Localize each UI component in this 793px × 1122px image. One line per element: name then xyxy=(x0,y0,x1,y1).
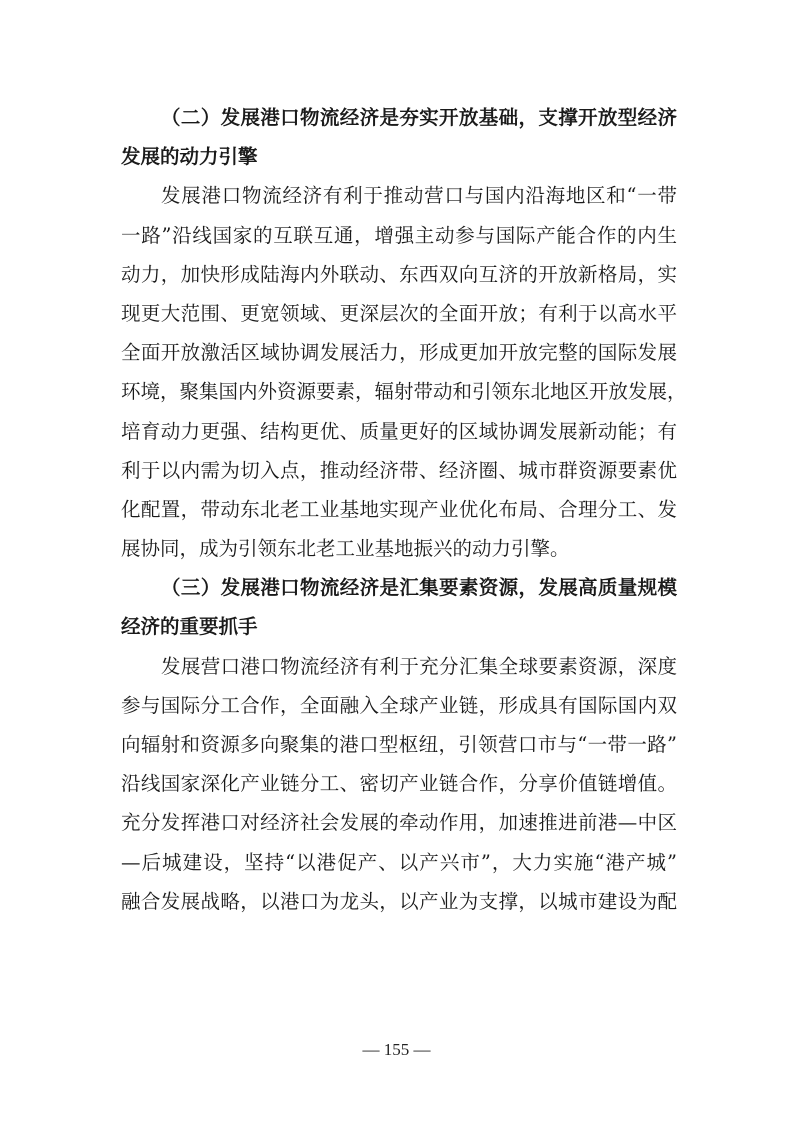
paragraph-line: 发展港口物流经济有利于推动营口与国内沿海地区和“一带 xyxy=(121,176,677,215)
section-heading-3-line-2: 经济的重要抓手 xyxy=(121,607,677,646)
paragraph-line: 动力，加快形成陆海内外联动、东西双向互济的开放新格局，实 xyxy=(121,255,677,294)
section-heading-2-line-1: （二）发展港口物流经济是夯实开放基础，支撑开放型经济 xyxy=(121,98,677,137)
paragraph-line: —后城建设，坚持“以港促产、以产兴市”，大力实施“港产城” xyxy=(121,843,677,882)
paragraph-line: 参与国际分工合作，全面融入全球产业链，形成具有国际国内双 xyxy=(121,686,677,725)
paragraph-line: 发展营口港口物流经济有利于充分汇集全球要素资源，深度 xyxy=(121,647,677,686)
paragraph-line: 利于以内需为切入点，推动经济带、经济圈、城市群资源要素优 xyxy=(121,451,677,490)
paragraph-line: 沿线国家深化产业链分工、密切产业链合作，分享价值链增值。 xyxy=(121,764,677,803)
paragraph-line: 融合发展战略，以港口为龙头，以产业为支撑，以城市建设为配 xyxy=(121,882,677,921)
paragraph-line: 环境，聚集国内外资源要素，辐射带动和引领东北地区开放发展， xyxy=(121,372,677,411)
paragraph-line: 向辐射和资源多向聚集的港口型枢纽，引领营口市与“一带一路” xyxy=(121,725,677,764)
document-page: （二）发展港口物流经济是夯实开放基础，支撑开放型经济 发展的动力引擎 发展港口物… xyxy=(0,0,793,1122)
paragraph-line: 一路”沿线国家的互联互通，增强主动参与国际产能合作的内生 xyxy=(121,216,677,255)
paragraph-line: 现更大范围、更宽领域、更深层次的全面开放；有利于以高水平 xyxy=(121,294,677,333)
section-heading-3-line-1: （三）发展港口物流经济是汇集要素资源，发展高质量规模 xyxy=(121,568,677,607)
paragraph-line: 化配置，带动东北老工业基地实现产业优化布局、合理分工、发 xyxy=(121,490,677,529)
paragraph-line: 培育动力更强、结构更优、质量更好的区域协调发展新动能；有 xyxy=(121,412,677,451)
page-content: （二）发展港口物流经济是夯实开放基础，支撑开放型经济 发展的动力引擎 发展港口物… xyxy=(121,98,677,921)
section-heading-2-line-2: 发展的动力引擎 xyxy=(121,137,677,176)
paragraph-line: 全面开放激活区域协调发展活力，形成更加开放完整的国际发展 xyxy=(121,333,677,372)
paragraph-line: 充分发挥港口对经济社会发展的牵动作用，加速推进前港—中区 xyxy=(121,803,677,842)
page-number: — 155 — xyxy=(0,1040,793,1060)
paragraph-line: 展协同，成为引领东北老工业基地振兴的动力引擎。 xyxy=(121,529,677,568)
